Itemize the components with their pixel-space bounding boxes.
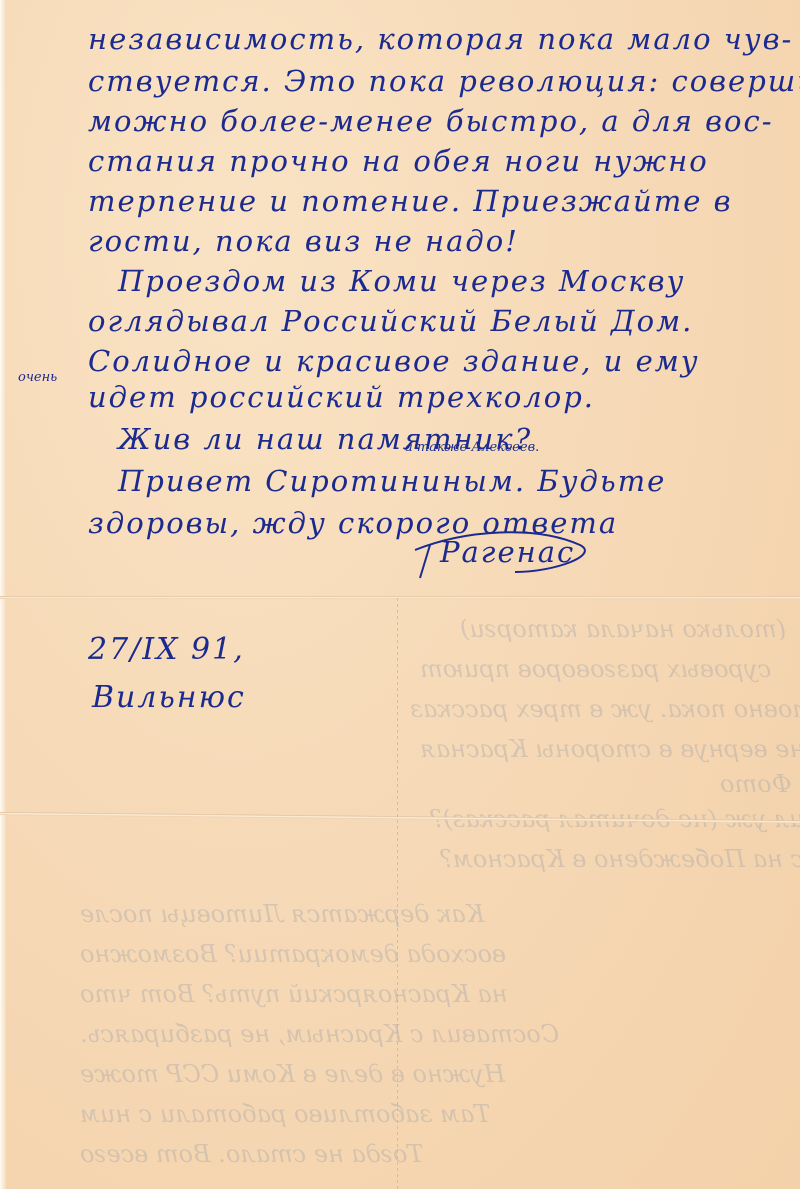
- bleed-through-line: Фото: [720, 770, 792, 798]
- letter-line: можно более-менее быстро, а для вос-: [88, 104, 774, 138]
- bleed-through-line: Нужно в деле в Коми ССР тоже: [80, 1060, 505, 1088]
- bleed-through-line: суровых разговоров приют: [420, 655, 771, 683]
- margin-note: очень: [18, 370, 57, 385]
- letter-line: Проездом из Коми через Москву: [118, 264, 685, 298]
- bleed-through-line: как не вернув в стороны Красная: [420, 735, 800, 763]
- bleed-through-line: на Красноярский путь? Вот что: [80, 980, 508, 1008]
- bleed-through-line: Как держатся Литовцы после: [80, 900, 484, 928]
- letter-place: Вильнюс: [92, 680, 246, 715]
- bleed-through-line: Тогда не стало. Вот всего: [80, 1140, 424, 1168]
- bleed-through-line: Составил с Красным, не разбираясь.: [80, 1020, 559, 1048]
- letter-date: 27/IX 91,: [88, 632, 245, 667]
- letter-line: терпение и потение. Приезжайте в: [88, 184, 733, 218]
- letter-line: Привет Сиротининым. Будьте: [118, 464, 666, 498]
- letter-line: ствуется. Это пока революция: совершить: [88, 64, 800, 98]
- paper-edge: [0, 0, 6, 1189]
- letter-line: гости, пока виз не надо!: [88, 224, 519, 258]
- letter-line: оглядывал Российский Белый Дом.: [88, 304, 693, 338]
- bleed-through-line: Словно пока. уж в трех рассказ: [410, 695, 800, 723]
- bleed-through-line: восхода демократии? Возможно: [80, 940, 506, 968]
- letter-page: (только начала каторги) суровых разговор…: [0, 0, 800, 1189]
- fold-line: [397, 598, 398, 1189]
- letter-line: независимость, которая пока мало чув-: [88, 22, 793, 56]
- letter-line: идет российский трехколор.: [88, 380, 595, 414]
- letter-line: стания прочно на обея ноги нужно: [88, 144, 709, 178]
- bleed-through-line: Там заботливо работали с ним: [80, 1100, 490, 1128]
- letter-line: Солидное и красивое здание, и ему: [88, 344, 700, 378]
- interlinear-note: а также Алексеев.: [405, 440, 539, 455]
- fold-line: [0, 596, 800, 599]
- signature: Рагенас: [440, 535, 575, 569]
- bleed-through-line: Вопрос на Побеждено в Красном?: [440, 845, 800, 873]
- bleed-through-line: (только начала каторги): [460, 615, 786, 643]
